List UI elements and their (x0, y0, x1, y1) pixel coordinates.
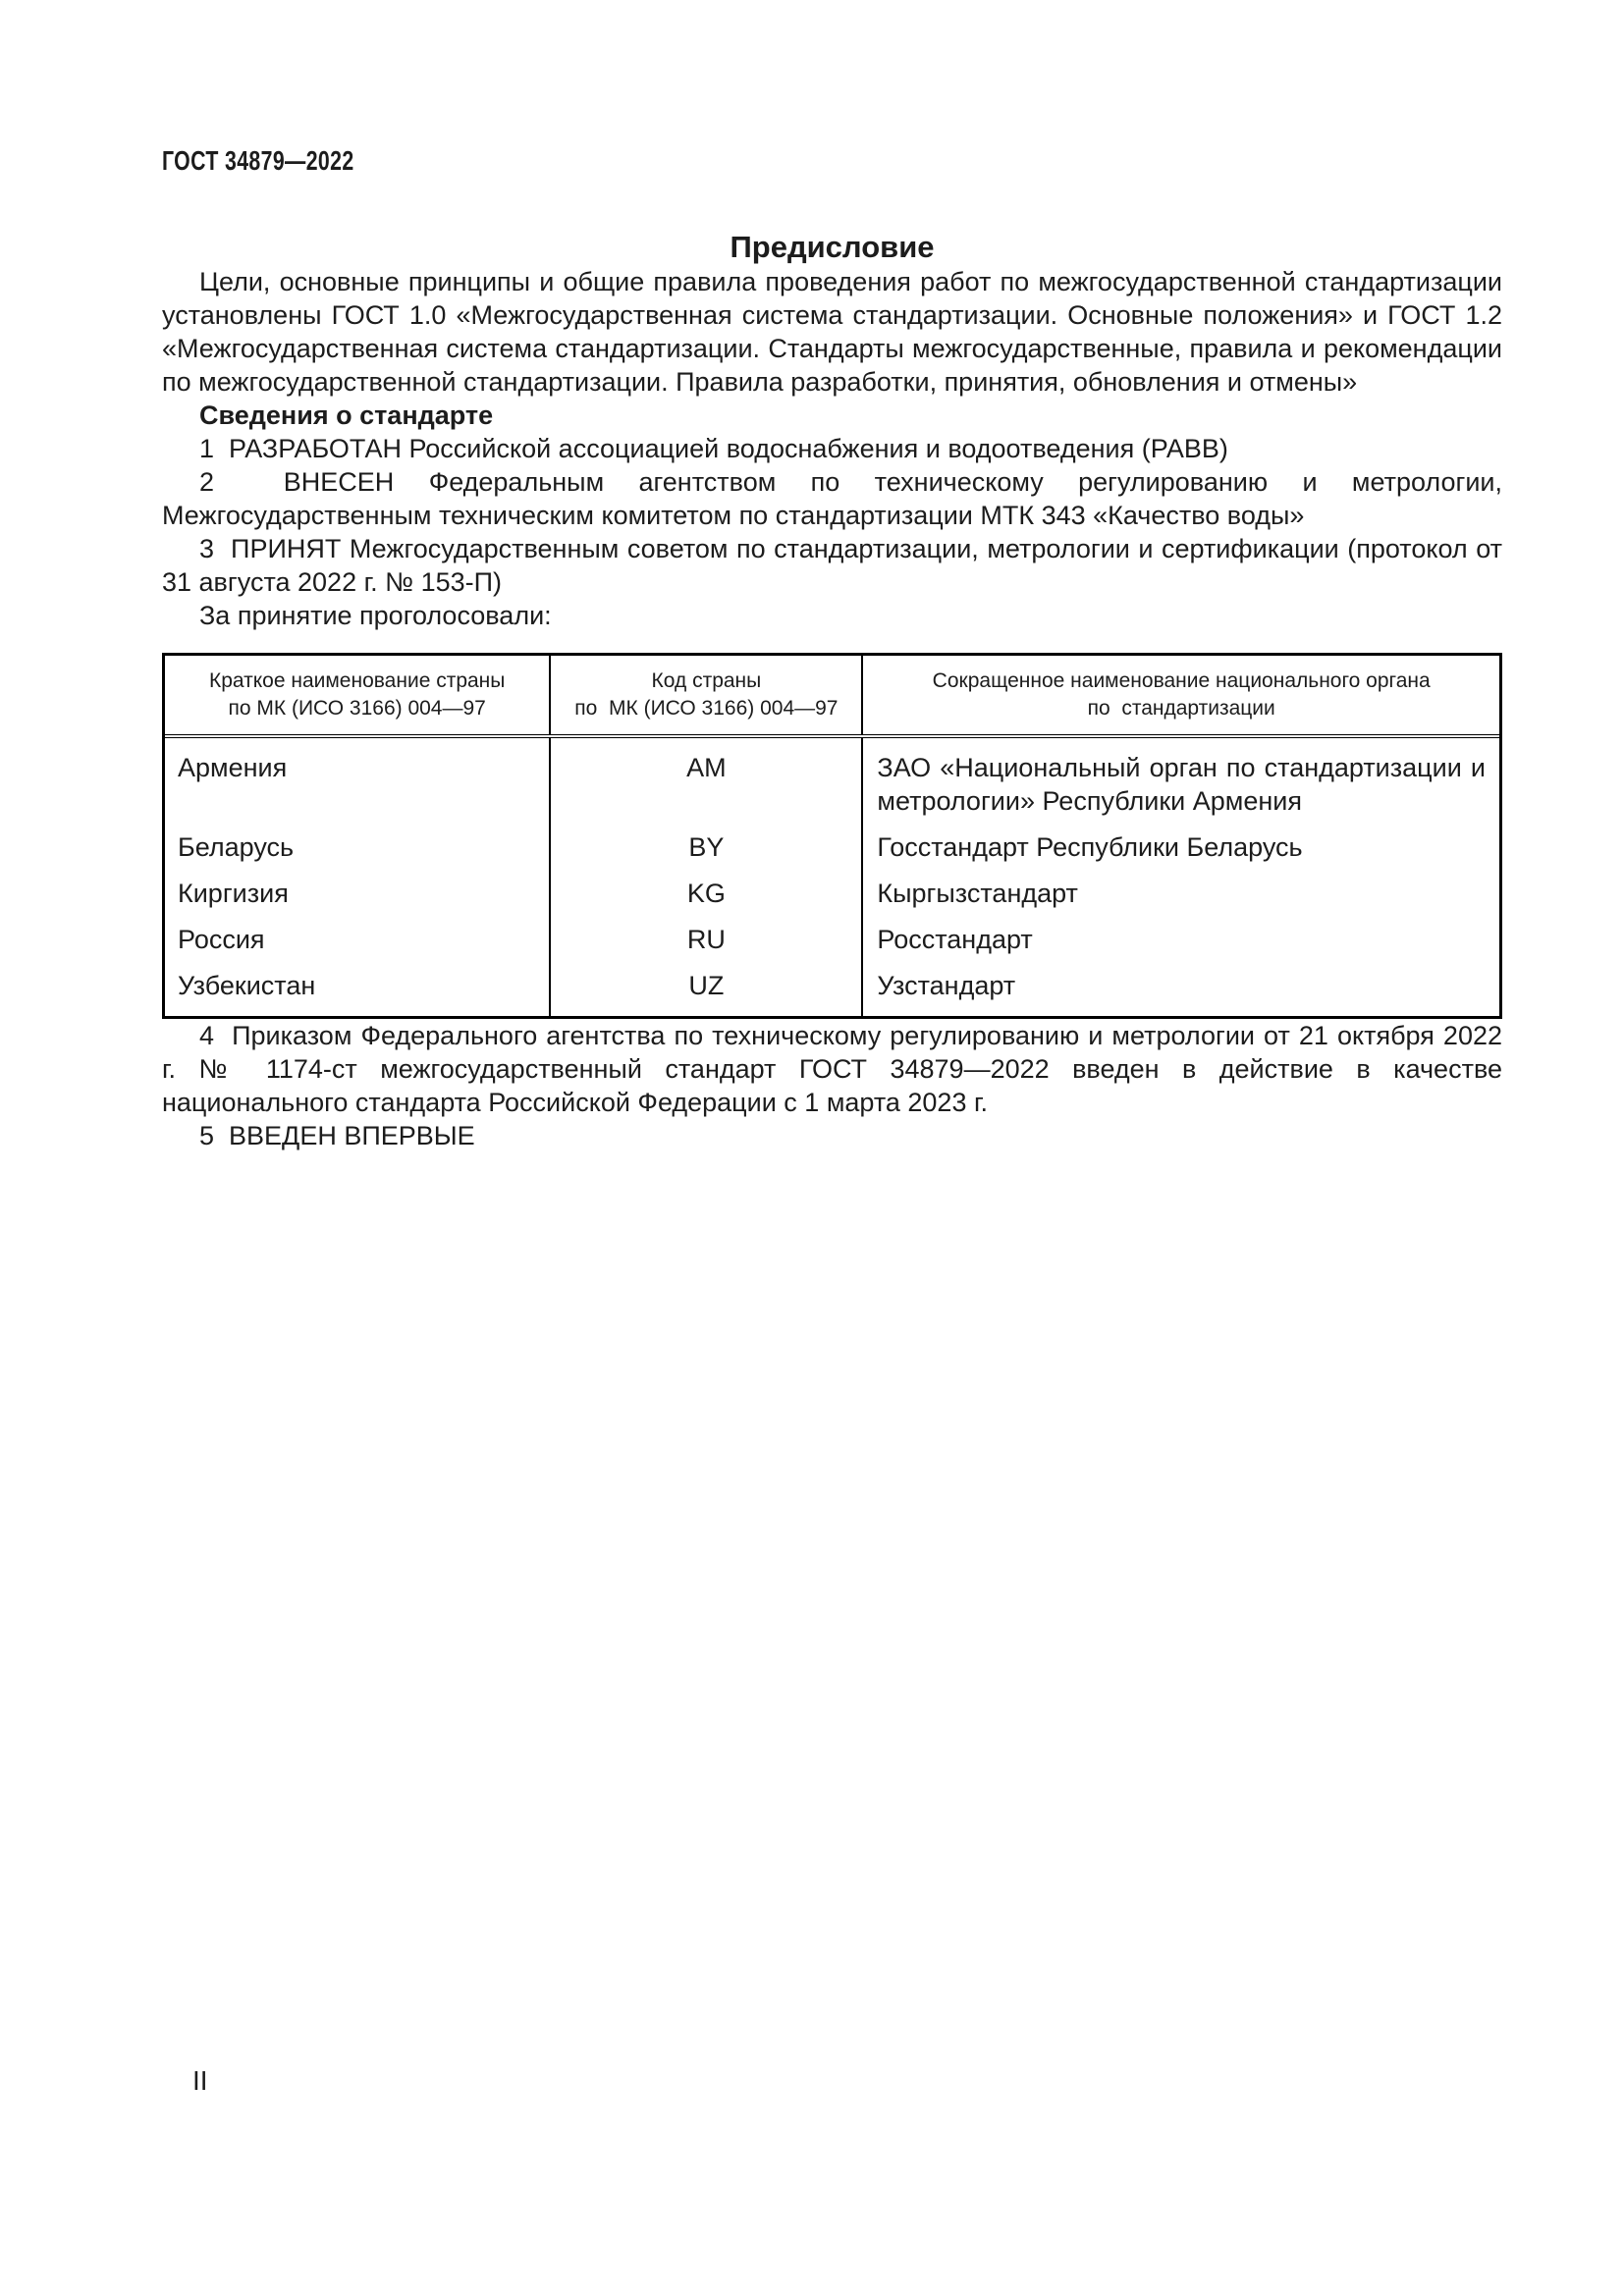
header-org-label: Сокращенное наименование национального о… (933, 667, 1431, 722)
header-cell-code: Код страны по МК (ИСО 3166) 004—97 (549, 656, 861, 734)
header-code-label: Код страны по МК (ИСО 3166) 004—97 (574, 667, 838, 722)
table-row-uzbekistan-country: Узбекистан (165, 956, 549, 1002)
table-row-kyrgyzstan-org: Кыргызстандарт (861, 864, 1499, 910)
item-1-developed: 1 РАЗРАБОТАН Российской ассоциацией водо… (162, 432, 1502, 465)
header-cell-country: Краткое наименование страны по МК (ИСО 3… (165, 656, 549, 734)
item-5-first-introduced: 5 ВВЕДЕН ВПЕРВЫЕ (162, 1119, 1502, 1152)
table-spacer (549, 1002, 861, 1016)
table-row-uzbekistan-org: Узстандарт (861, 956, 1499, 1002)
table-row-russia-country: Россия (165, 910, 549, 956)
table-row-kyrgyzstan-code: KG (549, 864, 861, 910)
header-country-label: Краткое наименование страны по МК (ИСО 3… (209, 667, 505, 722)
voting-table: Краткое наименование страны по МК (ИСО 3… (162, 653, 1502, 1019)
table-row-russia-code: RU (549, 910, 861, 956)
table-row-kyrgyzstan-country: Киргизия (165, 864, 549, 910)
table-row-armenia-country: Армения (165, 738, 549, 818)
standard-info-heading: Сведения о стандарте (162, 399, 1502, 432)
table-row-armenia-org: ЗАО «Национальный орган по стандартизаци… (861, 738, 1499, 818)
doc-number: ГОСТ 34879—2022 (162, 145, 1180, 177)
table-row-belarus-org: Госстандарт Республики Беларусь (861, 818, 1499, 864)
document-page: ГОСТ 34879—2022 Предисловие Цели, основн… (0, 0, 1624, 2296)
table-row-armenia-code: AM (549, 738, 861, 818)
voting-intro: За принятие проголосовали: (162, 599, 1502, 632)
table-row-russia-org: Росстандарт (861, 910, 1499, 956)
table-spacer (165, 1002, 549, 1016)
header-cell-org: Сокращенное наименование национального о… (861, 656, 1499, 734)
table-row-belarus-country: Беларусь (165, 818, 549, 864)
page-number: II (192, 2065, 208, 2097)
table-row-uzbekistan-code: UZ (549, 956, 861, 1002)
voting-table-header-row: Краткое наименование страны по МК (ИСО 3… (165, 656, 1499, 738)
page-content: ГОСТ 34879—2022 Предисловие Цели, основн… (162, 145, 1502, 1152)
page-title: Предисловие (162, 230, 1502, 265)
table-row-belarus-code: BY (549, 818, 861, 864)
voting-table-body: Армения AM ЗАО «Национальный орган по ст… (165, 738, 1499, 1016)
item-3-adopted: 3 ПРИНЯТ Межгосударственным советом по с… (162, 532, 1502, 599)
intro-paragraph: Цели, основные принципы и общие правила … (162, 265, 1502, 399)
item-4-enacted: 4 Приказом Федерального агентства по тех… (162, 1019, 1502, 1119)
item-2-submitted: 2 ВНЕСЕН Федеральным агентством по техни… (162, 465, 1502, 532)
table-spacer (861, 1002, 1499, 1016)
